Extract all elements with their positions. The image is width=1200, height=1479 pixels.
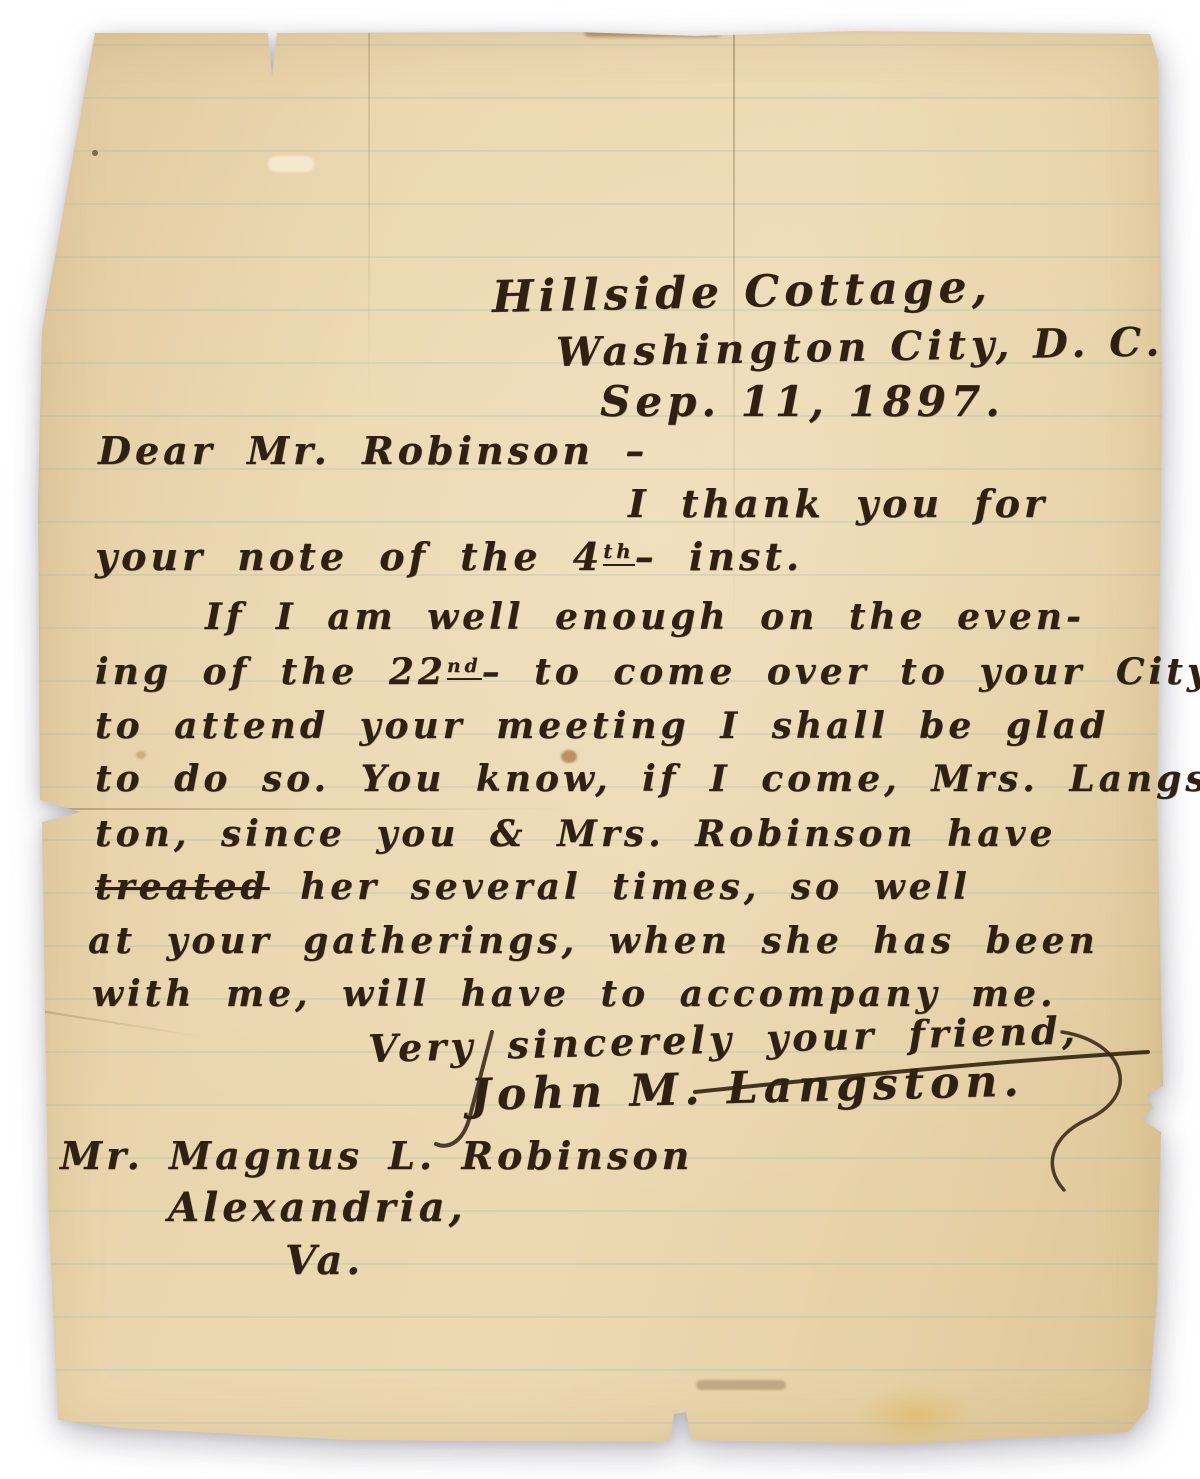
top-edge-stain	[584, 28, 722, 37]
letter-paper-shadow	[36, 28, 1166, 1448]
ruled-lines	[36, 28, 1166, 1448]
corner-flap-crease	[0, 46, 48, 342]
fold-crease-horizontal	[36, 808, 596, 810]
letter-paper	[36, 28, 1166, 1448]
yellow-stain	[856, 1383, 976, 1447]
fold-crease-vertical	[733, 28, 735, 688]
photo-background: Hillside Cottage, Washington City, D. C.…	[0, 0, 1200, 1479]
surface-scuff	[268, 156, 314, 172]
rust-spot	[561, 750, 577, 763]
foxing-spot	[136, 751, 146, 759]
fold-crease-vertical-2	[368, 28, 370, 448]
pencil-smudge	[696, 1380, 786, 1390]
ink-dot	[92, 150, 98, 156]
